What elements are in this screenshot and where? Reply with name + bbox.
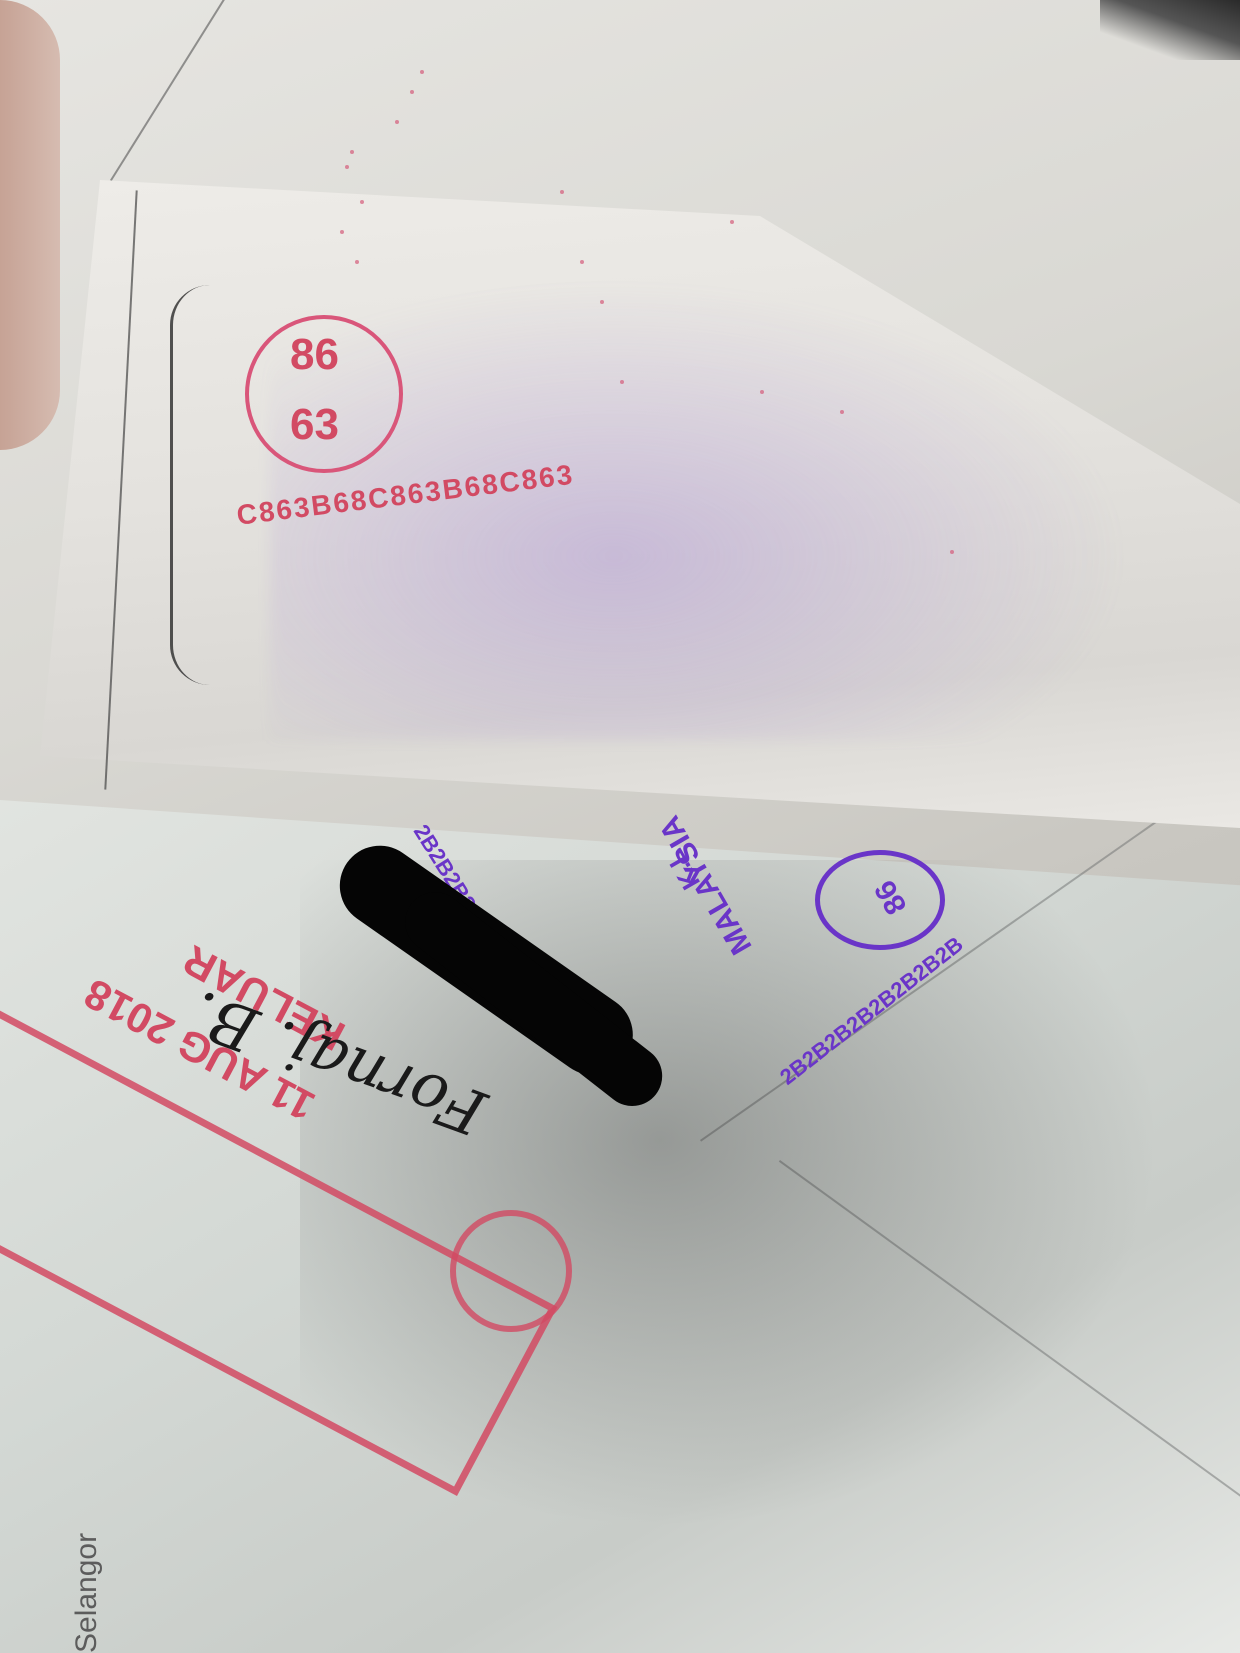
ink-speck — [840, 410, 844, 414]
ink-speck — [345, 165, 349, 169]
dark-object-corner — [1100, 0, 1240, 60]
ink-speck — [395, 120, 399, 124]
ink-speck — [620, 380, 624, 384]
ink-speck — [730, 220, 734, 224]
thumb — [0, 0, 60, 450]
ink-speck — [410, 90, 414, 94]
red-stamp-code-upper: 86 — [290, 330, 339, 380]
exit-stamp-seal-icon — [450, 1210, 572, 1332]
ink-speck — [355, 260, 359, 264]
ink-speck — [560, 190, 564, 194]
signature-stroke — [170, 285, 233, 685]
ink-speck — [360, 200, 364, 204]
ink-speck — [420, 70, 424, 74]
ink-speck — [350, 150, 354, 154]
ink-speck — [760, 390, 764, 394]
ink-speck — [600, 300, 604, 304]
red-stamp-code-lower: 63 — [290, 400, 339, 450]
ink-speck — [340, 230, 344, 234]
printed-state-text: Selangor — [70, 1533, 104, 1653]
ink-speck — [950, 550, 954, 554]
ink-speck — [580, 260, 584, 264]
